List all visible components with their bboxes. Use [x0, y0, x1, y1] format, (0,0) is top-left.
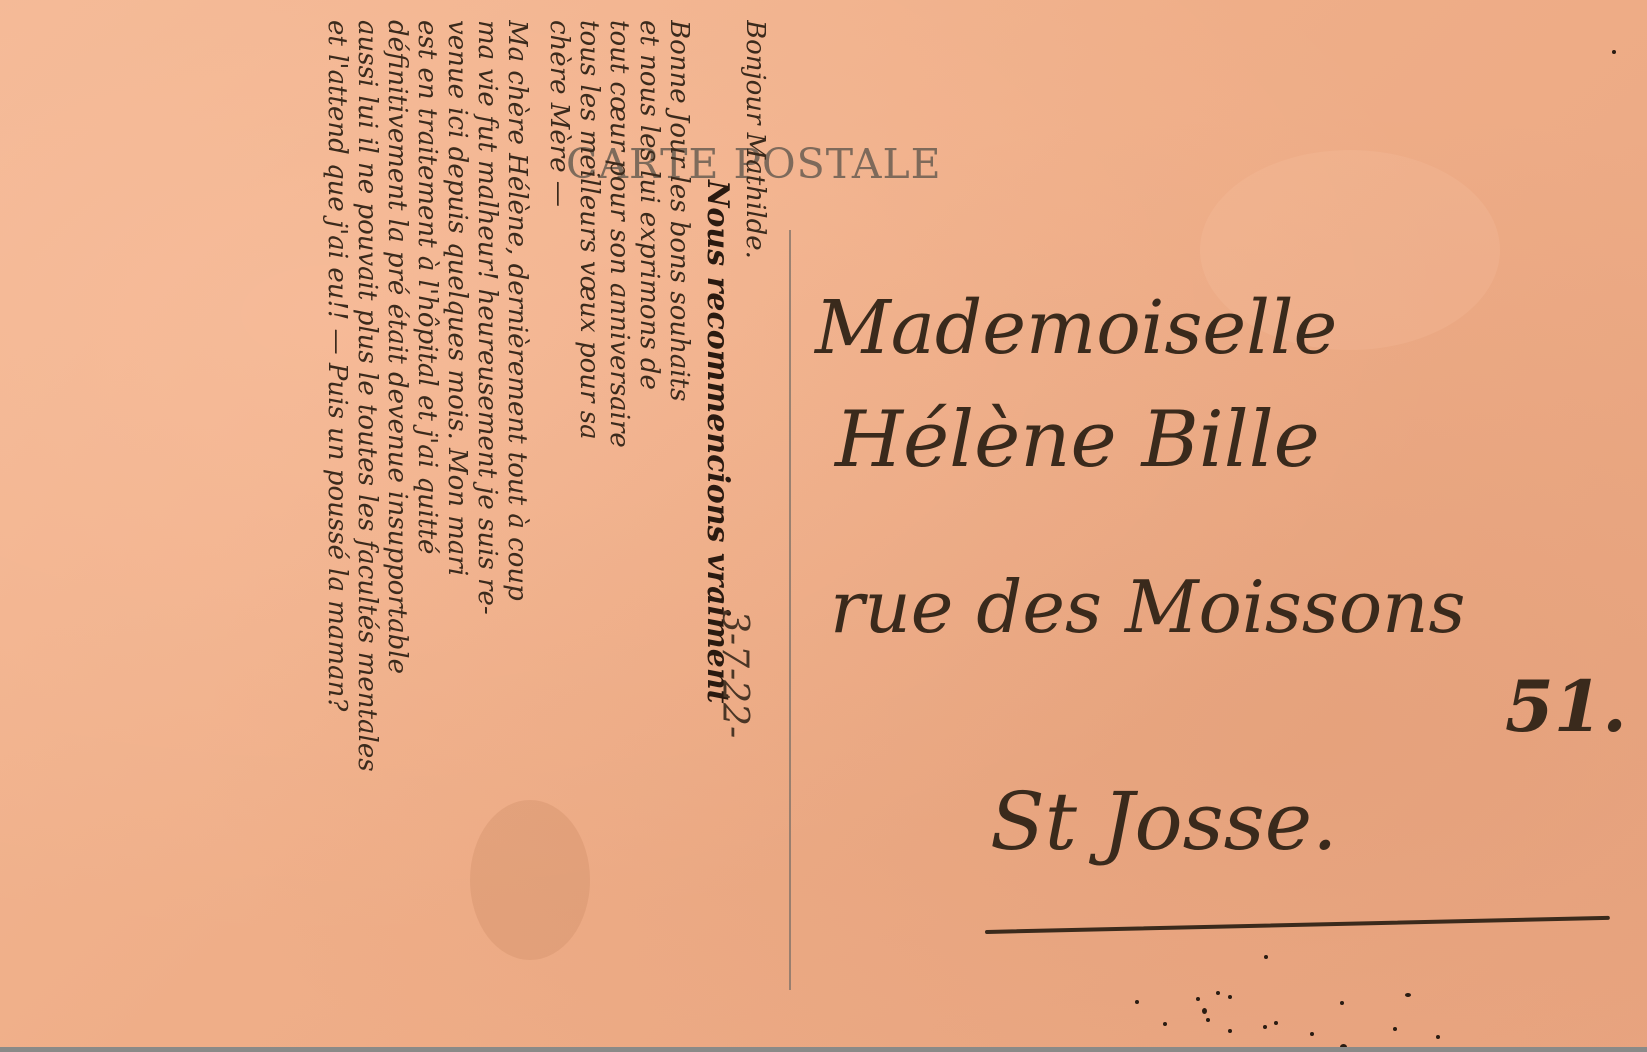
divider-line	[789, 230, 791, 990]
ink-speck	[1228, 995, 1232, 999]
ink-speck	[1135, 1000, 1139, 1004]
message-line: Ma chère Hélène, dernièrement tout à cou…	[502, 20, 532, 1047]
message-line: est en traitement à l'hôpital et j'ai qu…	[412, 20, 442, 1047]
ink-speck	[1436, 1035, 1440, 1039]
postcard-back: CARTE POSTALE Bonjour Mathilde. Nous rec…	[0, 0, 1647, 1047]
message-line: chère Mère —	[544, 20, 574, 1047]
address-underline	[985, 916, 1610, 934]
message-line: ma vie fut malheur! heureusement je suis…	[472, 20, 502, 1047]
message-line: et nous les lui exprimons de	[634, 20, 664, 1047]
ink-speck	[1274, 1021, 1278, 1025]
handwritten-message: Bonjour Mathilde. Nous recommencions vra…	[5, 20, 770, 1047]
message-line: aussi lui il ne pouvait plus le toutes l…	[352, 20, 382, 1047]
ink-speck	[1163, 1022, 1167, 1026]
ink-speck	[1405, 993, 1411, 997]
ink-speck	[1228, 1029, 1232, 1033]
message-line: définitivement la pré était devenue insu…	[382, 20, 412, 1047]
ink-speck	[1216, 991, 1220, 995]
message-line: Nous recommencions vraiment	[694, 20, 740, 1047]
recipient-street: rue des Moissons	[830, 565, 1465, 649]
recipient-city: St Josse.	[990, 775, 1338, 868]
message-line: venue ici depuis quelques mois. Mon mari	[442, 20, 472, 1047]
message-date: 3-7-22-	[714, 610, 755, 738]
message-line: Bonne Jour les bons souhaits	[664, 20, 694, 1047]
ink-speck	[1310, 1032, 1314, 1036]
ink-speck	[1196, 997, 1200, 1001]
ink-speck	[1340, 1001, 1344, 1005]
message-line: et l'attend que j'ai eu!! — Puis un pous…	[322, 20, 352, 1047]
message-line: tous les meilleurs vœux pour sa	[574, 20, 604, 1047]
message-line: Bonjour Mathilde.	[740, 20, 770, 1047]
scan-edge	[0, 1047, 1647, 1052]
recipient-house-number: 51.	[1505, 665, 1627, 748]
ink-speck	[1612, 50, 1616, 54]
ink-speck	[1202, 1008, 1207, 1014]
ink-speck	[1263, 1025, 1267, 1029]
recipient-title: Mademoiselle	[815, 285, 1337, 371]
recipient-name: Hélène Bille	[835, 395, 1320, 485]
ink-speck	[1264, 955, 1268, 959]
ink-speck	[1393, 1027, 1397, 1031]
message-line: tout cœur pour son anniversaire	[604, 20, 634, 1047]
ink-speck	[1206, 1018, 1210, 1022]
